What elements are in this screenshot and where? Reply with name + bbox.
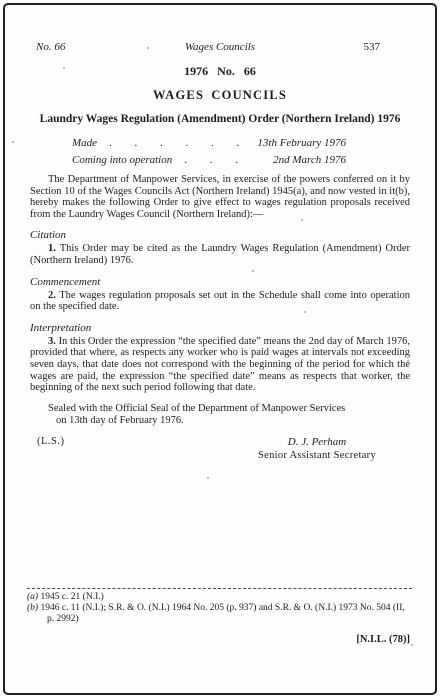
scan-speck xyxy=(411,644,413,646)
meta-row-made: Made . . . . . . 13th February 1976 xyxy=(72,137,346,149)
signatory-title: Senior Assistant Secretary xyxy=(258,450,376,461)
scan-speck xyxy=(252,270,254,272)
footnote-a: (a) 1945 c. 21 (N.I.) xyxy=(27,592,412,603)
meta-row-coming-into-operation: Coming into operation . . . 2nd March 19… xyxy=(72,154,346,166)
section-heading-citation: Citation xyxy=(30,229,410,241)
scan-speck xyxy=(304,311,306,313)
category-heading: WAGES COUNCILS xyxy=(30,88,410,103)
dot-leader: . . . xyxy=(172,154,273,166)
section-heading-interpretation: Interpretation xyxy=(30,322,410,334)
scan-speck xyxy=(407,360,409,362)
sealing-clause-line1: Sealed with the Official Seal of the Dep… xyxy=(30,403,410,415)
section-number: 1. xyxy=(48,243,56,254)
section-text: In this Order the expression “the specif… xyxy=(30,336,410,393)
section-paragraph-citation: 1. This Order may be cited as the Laundr… xyxy=(30,243,410,266)
section-number: 3. xyxy=(48,336,56,347)
signature-row: (L.S.) D. J. Perham Senior Assistant Sec… xyxy=(30,436,410,461)
scan-speck xyxy=(243,91,245,93)
scan-speck xyxy=(63,67,65,69)
made-label: Made xyxy=(72,137,97,149)
running-header: No. 66 Wages Councils 537 xyxy=(30,41,410,53)
made-date: 13th February 1976 xyxy=(257,137,346,149)
footnote-marker: (a) xyxy=(27,592,38,602)
scan-speck xyxy=(147,47,149,49)
section-paragraph-commencement: 2. The wages regulation proposals set ou… xyxy=(30,290,410,313)
running-head-series-title: Wages Councils xyxy=(140,41,300,53)
document-title: Laundry Wages Regulation (Amendment) Ord… xyxy=(30,113,410,125)
scan-speck xyxy=(207,477,209,479)
footnote-text: 1945 c. 21 (N.I.) xyxy=(40,592,103,602)
preamble-text: The Department of Manpower Services, in … xyxy=(30,174,410,220)
sealing-clause-line2: on 13th day of February 1976. xyxy=(56,415,410,427)
section-paragraph-interpretation: 3. In this Order the expression “the spe… xyxy=(30,336,410,394)
footnote-rule xyxy=(27,588,412,589)
scan-speck xyxy=(301,219,303,221)
coming-into-operation-label: Coming into operation xyxy=(72,154,172,166)
running-head-order-number: No. 66 xyxy=(30,41,140,53)
page-number: 537 xyxy=(300,41,410,53)
section-heading-commencement: Commencement xyxy=(30,276,410,288)
footnote-marker: (b) xyxy=(27,603,38,613)
reference-code: [N.I.L. (78)] xyxy=(27,634,412,645)
section-text: The wages regulation proposals set out i… xyxy=(30,290,410,313)
signatory-name: D. J. Perham xyxy=(258,436,376,448)
doc-number-heading: 1976 No. 66 xyxy=(30,64,410,79)
section-number: 2. xyxy=(48,290,56,301)
sealing-clause: Sealed with the Official Seal of the Dep… xyxy=(30,403,410,427)
coming-into-operation-date: 2nd March 1976 xyxy=(273,154,346,166)
section-text: This Order may be cited as the Laundry W… xyxy=(30,243,410,266)
preamble-paragraph: The Department of Manpower Services, in … xyxy=(30,174,410,220)
page-footer: (a) 1945 c. 21 (N.I.) (b) 1946 c. 11 (N.… xyxy=(27,588,412,645)
footnote-b: (b) 1946 c. 11 (N.I.); S.R. & O. (N.I.) … xyxy=(27,603,412,625)
footnote-text: 1946 c. 11 (N.I.); S.R. & O. (N.I.) 1964… xyxy=(40,603,404,624)
seal-mark: (L.S.) xyxy=(30,436,65,447)
scan-speck xyxy=(12,141,14,143)
dot-leader: . . . . . . xyxy=(97,137,257,149)
meta-table: Made . . . . . . 13th February 1976 Comi… xyxy=(72,137,346,166)
signature-block: D. J. Perham Senior Assistant Secretary xyxy=(258,436,376,461)
document-page: No. 66 Wages Councils 537 1976 No. 66 WA… xyxy=(3,3,437,695)
